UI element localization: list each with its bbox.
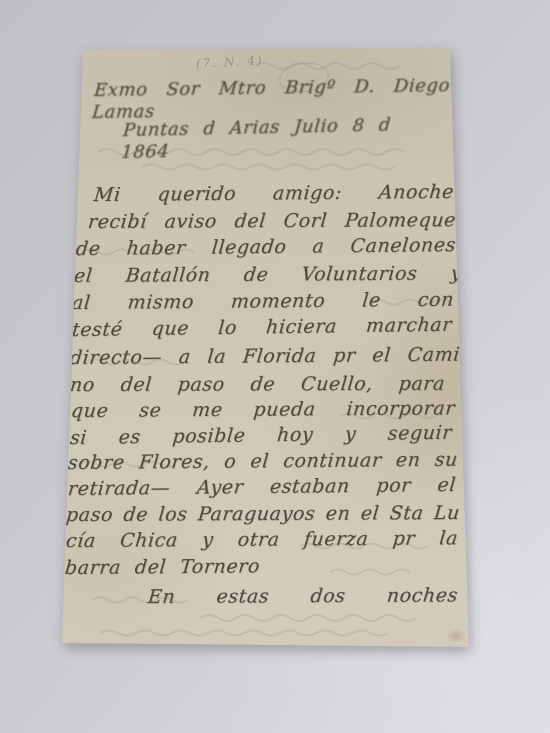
letter-line: recibí aviso del Corl Palomeque [87, 209, 457, 233]
letter-dateline: Puntas d Arias Julio 8 d 1864 [120, 114, 392, 164]
letter-line: al mismo momento le con [71, 289, 455, 314]
paper-shadow: (7. N. 4) Exmo Sor Mtro Brigº D. Diego L… [0, 0, 550, 733]
letter-line: no del paso de Cuello, para [69, 373, 446, 396]
letter-line: En estas dos noches [147, 584, 459, 608]
letter-line: paso de los Paraguayos en el Sta Lu [65, 502, 461, 526]
letter-line: de haber llegado a Canelones [75, 234, 457, 260]
letter-photograph: (7. N. 4) Exmo Sor Mtro Brigº D. Diego L… [0, 0, 550, 733]
letter-line: el Batallón de Voluntarios y [73, 262, 463, 287]
letter-line: barra del Tornero [64, 555, 261, 579]
letter-line: sobre Flores, o el continuar en su [67, 449, 459, 474]
letter-line: Mi querido amigo: Anoche [93, 181, 455, 206]
letter-paper: (7. N. 4) Exmo Sor Mtro Brigº D. Diego L… [0, 0, 550, 733]
letter-line: directo— a la Florida pr el Cami [69, 344, 461, 369]
letter-line: cía Chica y otra fuerza pr la [65, 527, 459, 552]
letter-line: retirada— Ayer estaban por el [67, 474, 457, 500]
letter-line: que se me pueda incorporar [70, 397, 456, 422]
